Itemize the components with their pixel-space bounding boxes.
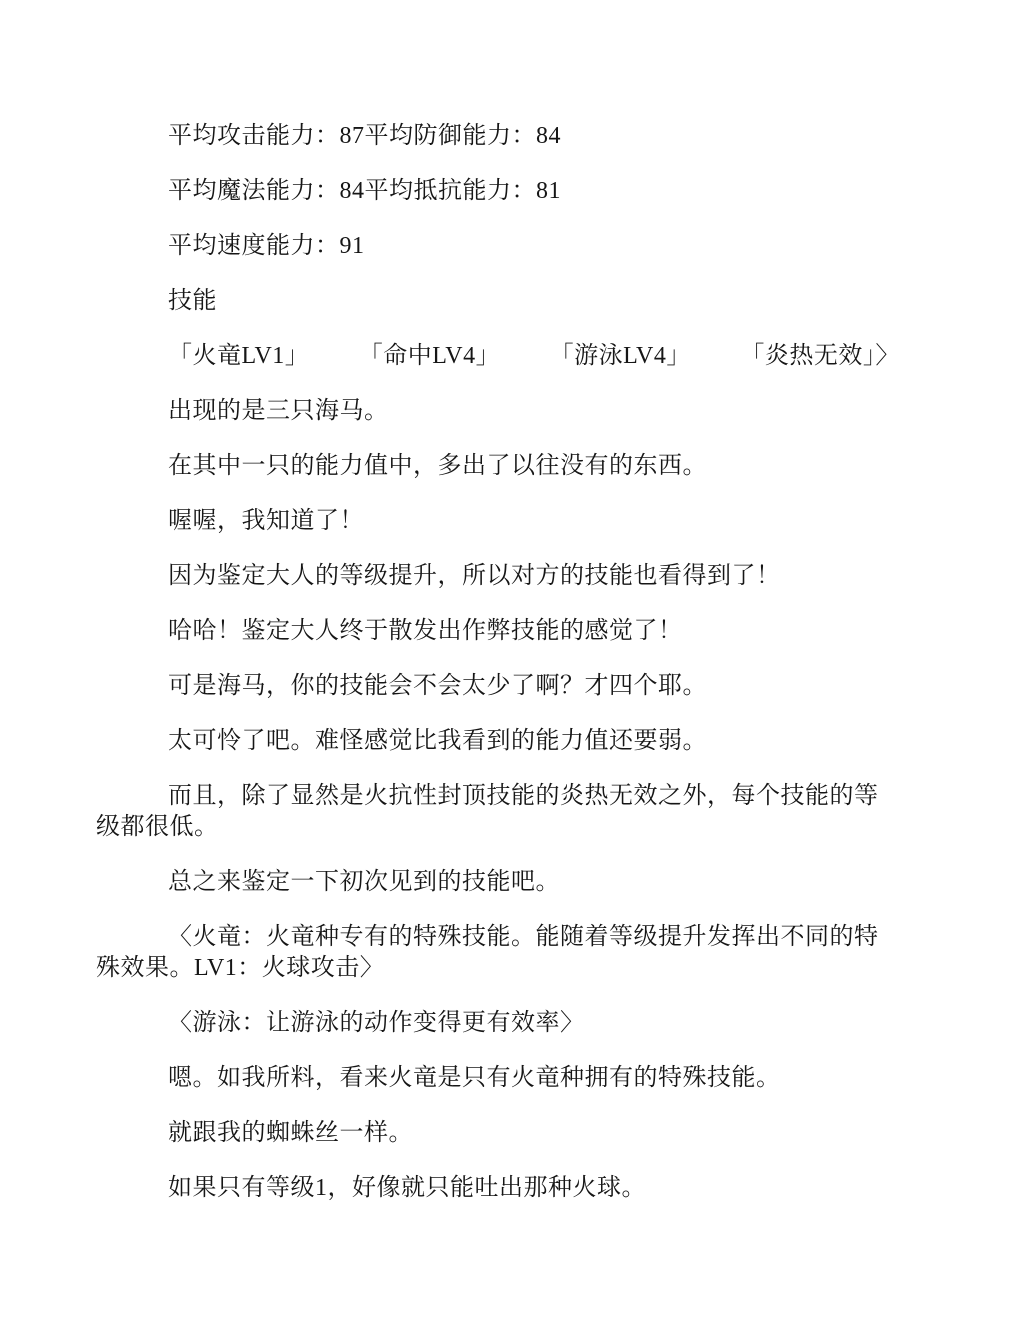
document-page: 平均攻击能力：87平均防御能力：84 平均魔法能力：84平均抵抗能力：81 平均… [0,0,1020,1320]
paragraph: 总之来鉴定一下初次见到的技能吧。 [96,867,924,898]
paragraph: 因为鉴定大人的等级提升，所以对方的技能也看得到了！ [96,561,924,592]
paragraph: 太可怜了吧。难怪感觉比我看到的能力值还要弱。 [96,726,924,757]
paragraph: 嗯。如我所料，看来火竜是只有火竜种拥有的特殊技能。 [96,1063,924,1094]
paragraph: 在其中一只的能力值中，多出了以往没有的东西。 [96,451,924,482]
paragraph-skill-list: 「火竜LV1」 「命中LV4」 「游泳LV4」 「炎热无效」〉 [96,341,924,372]
paragraph: 而且，除了显然是火抗性封顶技能的炎热无效之外，每个技能的等 级都很低。 [96,781,924,843]
paragraph-stats-magic-resist: 平均魔法能力：84平均抵抗能力：81 [96,176,924,207]
paragraph-skill-heading: 技能 [96,286,924,317]
paragraph: 出现的是三只海马。 [96,396,924,427]
paragraph: 喔喔，我知道了！ [96,506,924,537]
paragraph: 就跟我的蜘蛛丝一样。 [96,1118,924,1149]
paragraph-skill-desc-swim: 〈游泳：让游泳的动作变得更有效率〉 [96,1008,924,1039]
paragraph: 可是海马，你的技能会不会太少了啊？才四个耶。 [96,671,924,702]
paragraph-stats-speed: 平均速度能力：91 [96,231,924,262]
paragraph: 如果只有等级1，好像就只能吐出那种火球。 [96,1173,924,1204]
paragraph: 哈哈！鉴定大人终于散发出作弊技能的感觉了！ [96,616,924,647]
paragraph-stats-attack-defense: 平均攻击能力：87平均防御能力：84 [96,121,924,152]
paragraph-skill-desc-firedragon: 〈火竜：火竜种专有的特殊技能。能随着等级提升发挥出不同的特 殊效果。LV1：火球… [96,922,924,984]
novel-text-body: 平均攻击能力：87平均防御能力：84 平均魔法能力：84平均抵抗能力：81 平均… [0,0,1020,1204]
